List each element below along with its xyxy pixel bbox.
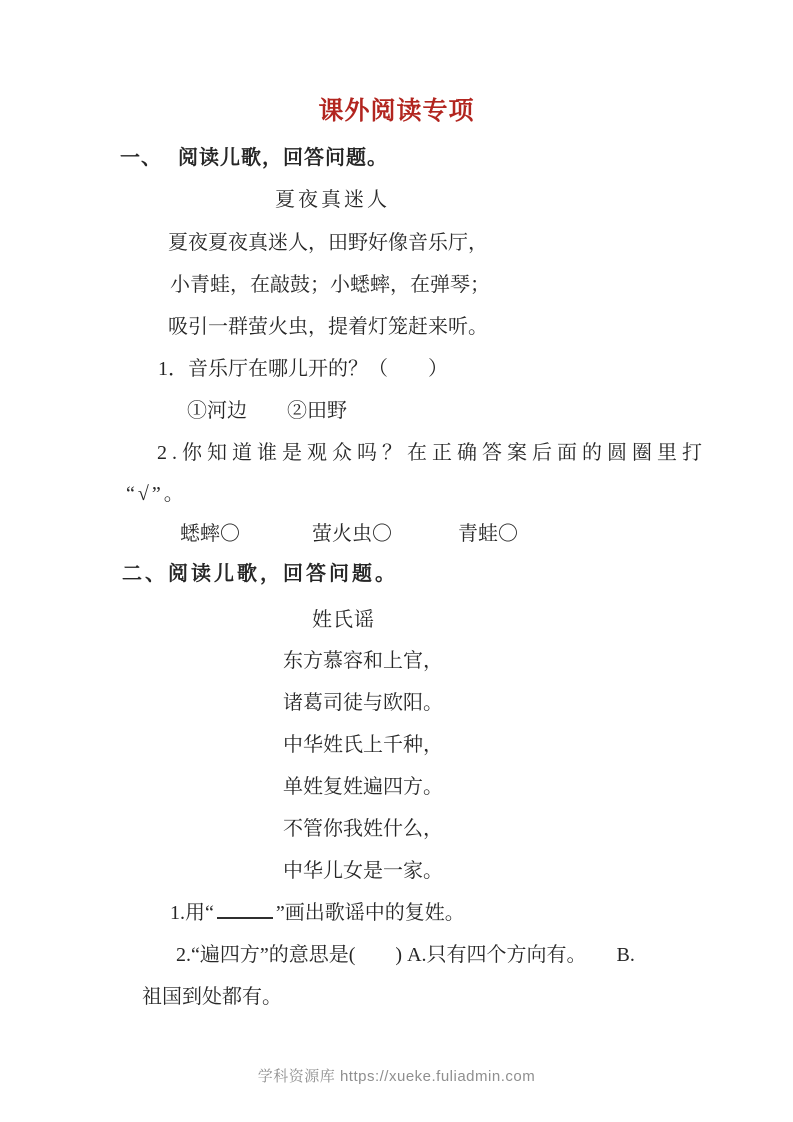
section1-number: 一、 — [120, 147, 162, 169]
section1-question2-line2: “√”。 — [126, 482, 187, 506]
section2-poem-line: 诸葛司徒与欧阳。 — [283, 691, 443, 715]
section2-question1: 1.用“”画出歌谣中的复姓。 — [170, 901, 465, 925]
section2-question1-prefix: 1.用“ — [170, 902, 214, 924]
page-title: 课外阅读专项 — [0, 97, 793, 127]
answer-blank-line — [217, 901, 273, 919]
section1-question2-line1: 2.你知道谁是观众吗？在正确答案后面的圆圈里打 — [157, 441, 707, 465]
section1-poem-line: 小青蛙，在敲鼓；小蟋蟀，在弹琴； — [170, 273, 490, 297]
section1-heading: 一、阅读儿歌，回答问题。 — [120, 146, 388, 170]
section1-question1-options: ①河边 ②田野 — [187, 399, 347, 423]
section1-poem-title: 夏夜真迷人 — [275, 188, 390, 212]
section1-heading-text: 阅读儿歌，回答问题。 — [178, 147, 388, 169]
section2-poem-line: 单姓复姓遍四方。 — [283, 775, 443, 799]
footer-watermark: 学科资源库 https://xueke.fuliadmin.com — [0, 1068, 793, 1086]
section2-poem-line: 不管你我姓什么， — [283, 817, 443, 841]
section1-question1: 1．音乐厅在哪儿开的？（ ） — [158, 357, 448, 381]
section2-heading: 二、阅读儿歌，回答问题。 — [122, 562, 398, 586]
section2-question2-line2: 祖国到处都有。 — [142, 985, 282, 1009]
section2-poem-title: 姓氏谣 — [312, 608, 375, 632]
section1-q2-option-frog: 青蛙〇 — [458, 522, 518, 546]
section2-poem-line: 中华姓氏上千种， — [283, 733, 443, 757]
section1-poem-line: 吸引一群萤火虫，提着灯笼赶来听。 — [168, 315, 488, 339]
section1-q2-option-cricket: 蟋蟀〇 — [180, 522, 240, 546]
section2-poem-line: 中华儿女是一家。 — [283, 859, 443, 883]
section2-question1-suffix: ”画出歌谣中的复姓。 — [276, 902, 465, 924]
section2-poem-line: 东方慕容和上官， — [283, 649, 443, 673]
section2-question2-line1: 2.“遍四方”的意思是( ) A.只有四个方向有。 B. — [176, 943, 635, 967]
section1-q2-option-firefly: 萤火虫〇 — [312, 522, 392, 546]
worksheet-page: 课外阅读专项 一、阅读儿歌，回答问题。 夏夜真迷人 夏夜夏夜真迷人，田野好像音乐… — [0, 0, 793, 1122]
section1-poem-line: 夏夜夏夜真迷人，田野好像音乐厅， — [168, 231, 488, 255]
